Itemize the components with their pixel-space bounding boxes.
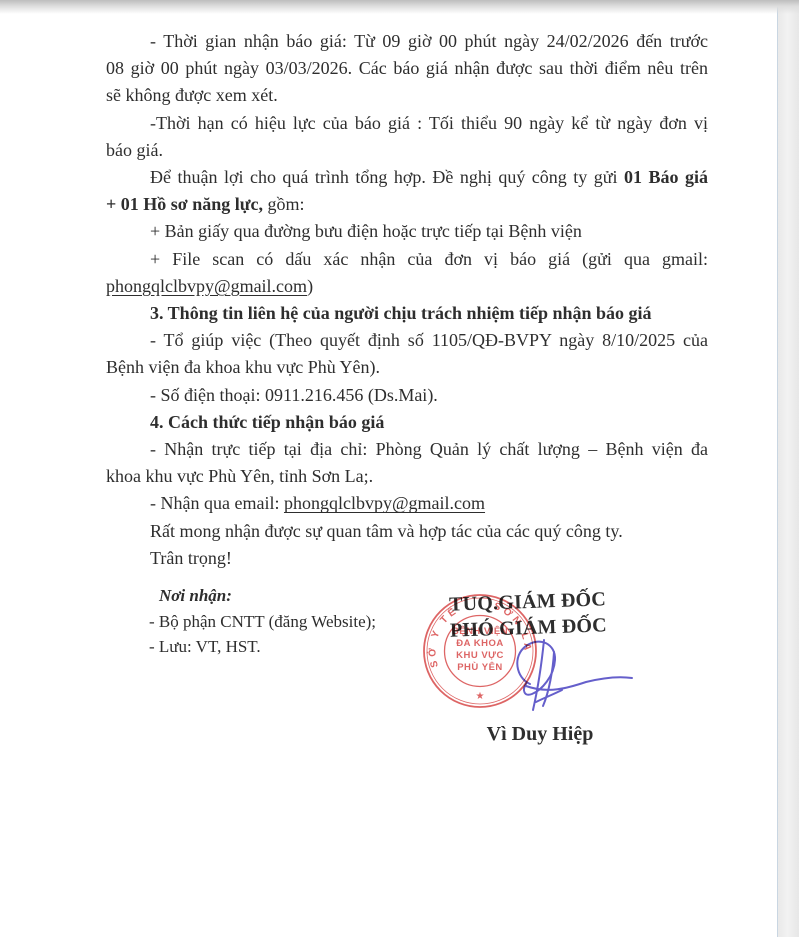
doc-line: + Bản giấy qua đường bưu điện hoặc trực … bbox=[106, 218, 708, 245]
text-run: + Bản giấy qua đường bưu điện hoặc trực … bbox=[150, 221, 582, 241]
doc-line: Trân trọng! bbox=[106, 545, 708, 572]
text-run: + File scan có dấu xác nhận của đơn vị b… bbox=[150, 249, 708, 269]
doc-line: Để thuận lợi cho quá trình tổng hợp. Đề … bbox=[106, 164, 708, 191]
doc-line: + File scan có dấu xác nhận của đơn vị b… bbox=[106, 246, 708, 273]
text-run: Rất mong nhận được sự quan tâm và hợp tá… bbox=[150, 521, 623, 541]
signature-strokes bbox=[517, 640, 632, 710]
text-run: 08 giờ 00 phút ngày 03/03/2026. Các báo … bbox=[106, 58, 708, 78]
recipient-item: - Bộ phận CNTT (đăng Website); bbox=[149, 609, 376, 635]
doc-line: sẽ không được xem xét. bbox=[106, 82, 708, 109]
doc-line: khoa khu vực Phù Yên, tỉnh Sơn La;. bbox=[106, 463, 708, 490]
doc-line: Bệnh viện đa khoa khu vực Phù Yên). bbox=[106, 354, 708, 381]
text-run: sẽ không được xem xét. bbox=[106, 85, 278, 105]
handwritten-signature bbox=[492, 632, 637, 722]
text-run-bold: 4. Cách thức tiếp nhận báo giá bbox=[150, 412, 384, 432]
signer-name: Vì Duy Hiệp bbox=[440, 723, 640, 746]
doc-line: + 01 Hồ sơ năng lực, gồm: bbox=[106, 191, 708, 218]
doc-line: - Thời gian nhận báo giá: Từ 09 giờ 00 p… bbox=[106, 28, 708, 55]
text-run: khoa khu vực Phù Yên, tỉnh Sơn La;. bbox=[106, 466, 373, 486]
stamp-star-icon: ★ bbox=[476, 691, 485, 702]
scan-top-edge bbox=[0, 0, 799, 14]
recipients-heading: Nơi nhận: bbox=[149, 583, 376, 609]
recipients-block: Nơi nhận: - Bộ phận CNTT (đăng Website);… bbox=[149, 583, 376, 660]
text-run-bold: 01 Báo giá bbox=[624, 167, 708, 187]
doc-line: Rất mong nhận được sự quan tâm và hợp tá… bbox=[106, 518, 708, 545]
text-run: ) bbox=[307, 276, 313, 296]
doc-heading-3: 3. Thông tin liên hệ của người chịu trác… bbox=[106, 300, 708, 327]
recipient-item: - Lưu: VT, HST. bbox=[149, 634, 376, 660]
doc-line: - Nhận trực tiếp tại địa chỉ: Phòng Quản… bbox=[106, 436, 708, 463]
text-run: - Nhận qua email: bbox=[150, 493, 284, 513]
text-run: - Số điện thoại: 0911.216.456 (Ds.Mai). bbox=[150, 385, 438, 405]
text-run: Trân trọng! bbox=[150, 548, 232, 568]
text-run-bold: 3. Thông tin liên hệ của người chịu trác… bbox=[150, 303, 652, 323]
doc-heading-4: 4. Cách thức tiếp nhận báo giá bbox=[106, 409, 708, 436]
text-run: Để thuận lợi cho quá trình tổng hợp. Đề … bbox=[150, 167, 624, 187]
doc-line: - Tổ giúp việc (Theo quyết định số 1105/… bbox=[106, 327, 708, 354]
text-run: báo giá. bbox=[106, 140, 163, 160]
doc-line: - Nhận qua email: phongqlclbvpy@gmail.co… bbox=[106, 490, 708, 517]
email-address: phongqlclbvpy@gmail.com bbox=[284, 493, 485, 513]
text-run: - Nhận trực tiếp tại địa chỉ: Phòng Quản… bbox=[150, 439, 708, 459]
email-address: phongqlclbvpy@gmail.com bbox=[106, 276, 307, 296]
doc-line: phongqlclbvpy@gmail.com) bbox=[106, 273, 708, 300]
document-body: - Thời gian nhận báo giá: Từ 09 giờ 00 p… bbox=[106, 28, 708, 572]
doc-line: -Thời hạn có hiệu lực của báo giá : Tối … bbox=[106, 110, 708, 137]
text-run: Bệnh viện đa khoa khu vực Phù Yên). bbox=[106, 357, 380, 377]
doc-line: báo giá. bbox=[106, 137, 708, 164]
text-run: gồm: bbox=[263, 194, 305, 214]
doc-line: 08 giờ 00 phút ngày 03/03/2026. Các báo … bbox=[106, 55, 708, 82]
text-run-bold: + 01 Hồ sơ năng lực, bbox=[106, 194, 263, 214]
text-run: - Thời gian nhận báo giá: Từ 09 giờ 00 p… bbox=[150, 31, 708, 51]
doc-line: - Số điện thoại: 0911.216.456 (Ds.Mai). bbox=[106, 382, 708, 409]
text-run: -Thời hạn có hiệu lực của báo giá : Tối … bbox=[150, 113, 708, 133]
scan-right-edge bbox=[777, 0, 799, 937]
text-run: - Tổ giúp việc (Theo quyết định số 1105/… bbox=[150, 330, 708, 350]
